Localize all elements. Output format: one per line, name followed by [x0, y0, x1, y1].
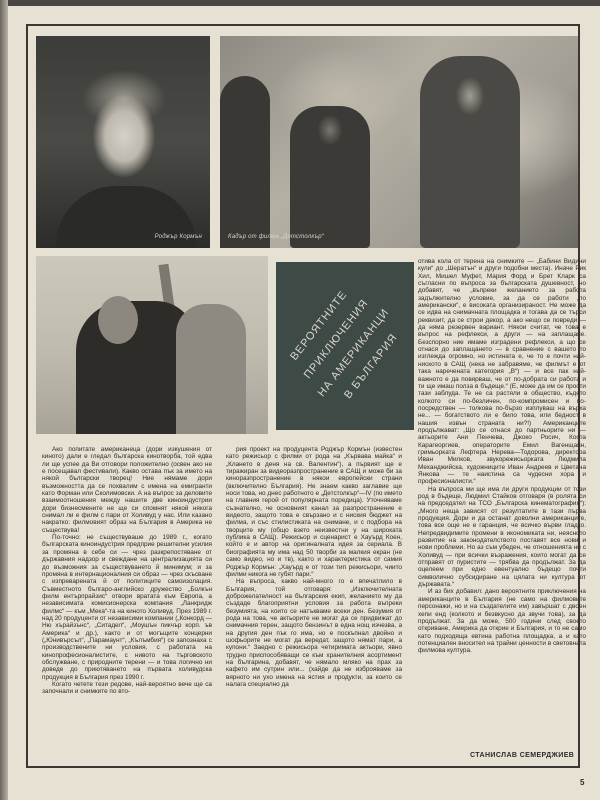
paragraph: И аз бих добавил: дано вероятните приклю…	[418, 588, 586, 654]
photo-deathstalker-still: Кадър от филма „Детстолкър“	[220, 36, 578, 248]
paragraph: На въпроса ми ще има ли други продукции …	[418, 486, 586, 589]
photo-head-left	[98, 296, 138, 344]
article-column-1: Ако попитате американеца (дори изкушения…	[42, 446, 212, 746]
photo-figure-right	[176, 304, 246, 434]
author-signature: СТАНИСЛАВ СЕМЕРДЖИЕВ	[470, 752, 574, 759]
page-spine	[0, 0, 8, 800]
photo-arch-shape	[220, 76, 270, 248]
photo-figure-right	[420, 56, 520, 248]
article-title: ВЕРОЯТНИТЕ ПРИКЛЮЧЕНИЯ НА АМЕРИКАНЦИ В Б…	[277, 276, 413, 415]
photo-caption: Кадър от филма „Детстолкър“	[228, 234, 324, 240]
article-title-box: ВЕРОЯТНИТЕ ПРИКЛЮЧЕНИЯ НА АМЕРИКАНЦИ В Б…	[276, 262, 414, 430]
paragraph: По-точно: не съществуваше до 1989 г., ко…	[42, 534, 212, 681]
article-column-3: отива кола от терена на снимките — „Баби…	[418, 258, 586, 710]
paragraph: На въпроса, какво най-много го е впечатл…	[226, 578, 402, 688]
paragraph: Ако попитате американеца (дори изкушения…	[42, 446, 212, 534]
page-number: 5	[580, 778, 584, 787]
photo-roger-corman: Роджър Кормън	[36, 36, 210, 248]
article-column-2: рия проект на продуцента Роджър Кормън (…	[226, 446, 402, 746]
photo-caption: Роджър Кормън	[155, 234, 202, 240]
photo-fight-scene	[36, 256, 268, 434]
paragraph: отива кола от терена на снимките — „Баби…	[418, 258, 586, 486]
paragraph: Когато четете тези редове, най-вероятно …	[42, 681, 212, 696]
photo-figure-left	[290, 106, 370, 248]
paragraph: рия проект на продуцента Роджър Кормън (…	[226, 446, 402, 578]
